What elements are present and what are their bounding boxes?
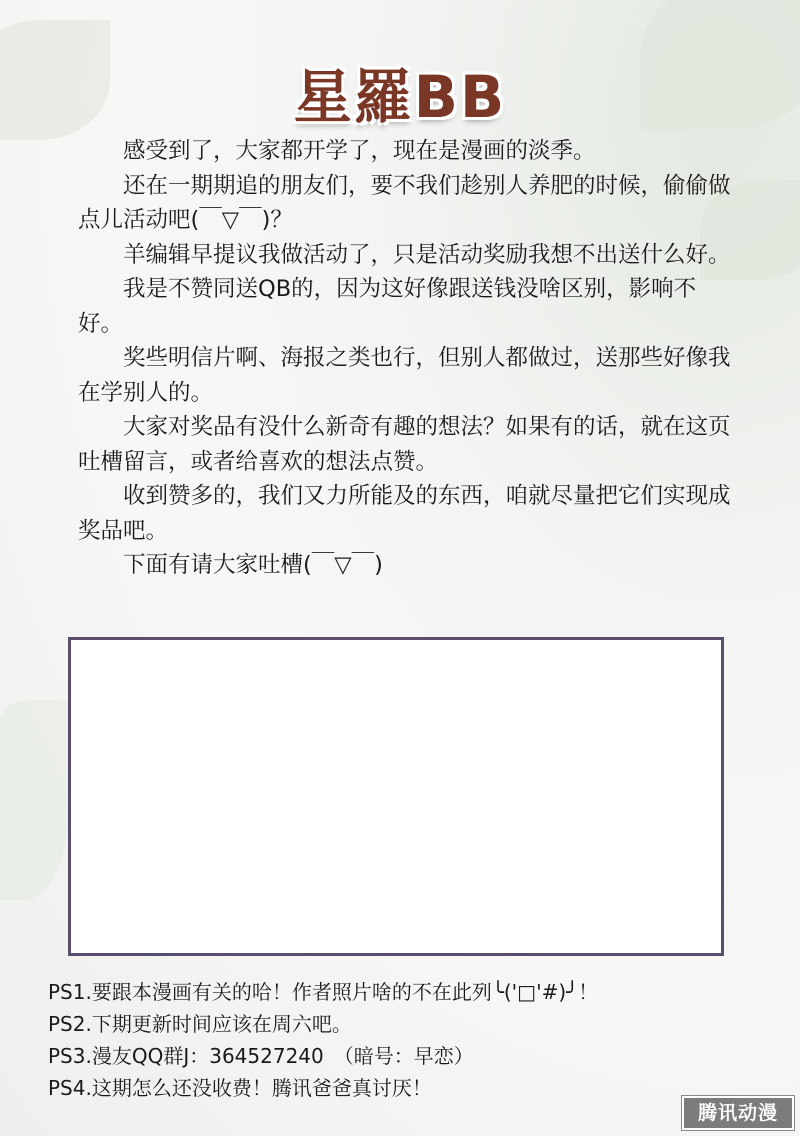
ps-note-4: PS4.这期怎么还没收费！腾讯爸爸真讨厌！ — [48, 1072, 788, 1104]
paragraph: 奖些明信片啊、海报之类也行，但别人都做过，送那些好像我在学别人的。 — [78, 341, 738, 410]
paragraph: 下面有请大家吐槽(￣▽￣) — [78, 548, 738, 583]
comment-box — [68, 637, 724, 956]
announcement-body: 感受到了，大家都开学了，现在是漫画的淡季。 还在一期期追的朋友们，要不我们趁别人… — [78, 134, 738, 583]
ps-note-2: PS2.下期更新时间应该在周六吧。 — [48, 1008, 788, 1040]
paragraph: 我是不赞同送QB的，因为这好像跟送钱没啥区别，影响不好。 — [78, 272, 738, 341]
ps-note-1: PS1.要跟本漫画有关的哈！作者照片啥的不在此列╰('□'#)╯！ — [48, 976, 788, 1008]
paragraph: 大家对奖品有没什么新奇有趣的想法？如果有的话，就在这页吐槽留言，或者给喜欢的想法… — [78, 410, 738, 479]
ps-notes: PS1.要跟本漫画有关的哈！作者照片啥的不在此列╰('□'#)╯！ PS2.下期… — [48, 976, 788, 1104]
paragraph: 感受到了，大家都开学了，现在是漫画的淡季。 — [78, 134, 738, 169]
paragraph: 羊编辑早提议我做活动了，只是活动奖励我想不出送什么好。 — [78, 238, 738, 273]
page-title: 星羅BB — [0, 50, 800, 134]
paragraph: 还在一期期追的朋友们，要不我们趁别人养肥的时候，偷偷做点儿活动吧(￣▽￣)？ — [78, 169, 738, 238]
tencent-comic-watermark-logo: 腾讯动漫 — [682, 1096, 794, 1130]
ps-note-3: PS3.漫友QQ群J：364527240 （暗号：早恋） — [48, 1040, 788, 1072]
background-leaf-decoration — [0, 700, 70, 900]
paragraph: 收到赞多的，我们又力所能及的东西，咱就尽量把它们实现成奖品吧。 — [78, 479, 738, 548]
